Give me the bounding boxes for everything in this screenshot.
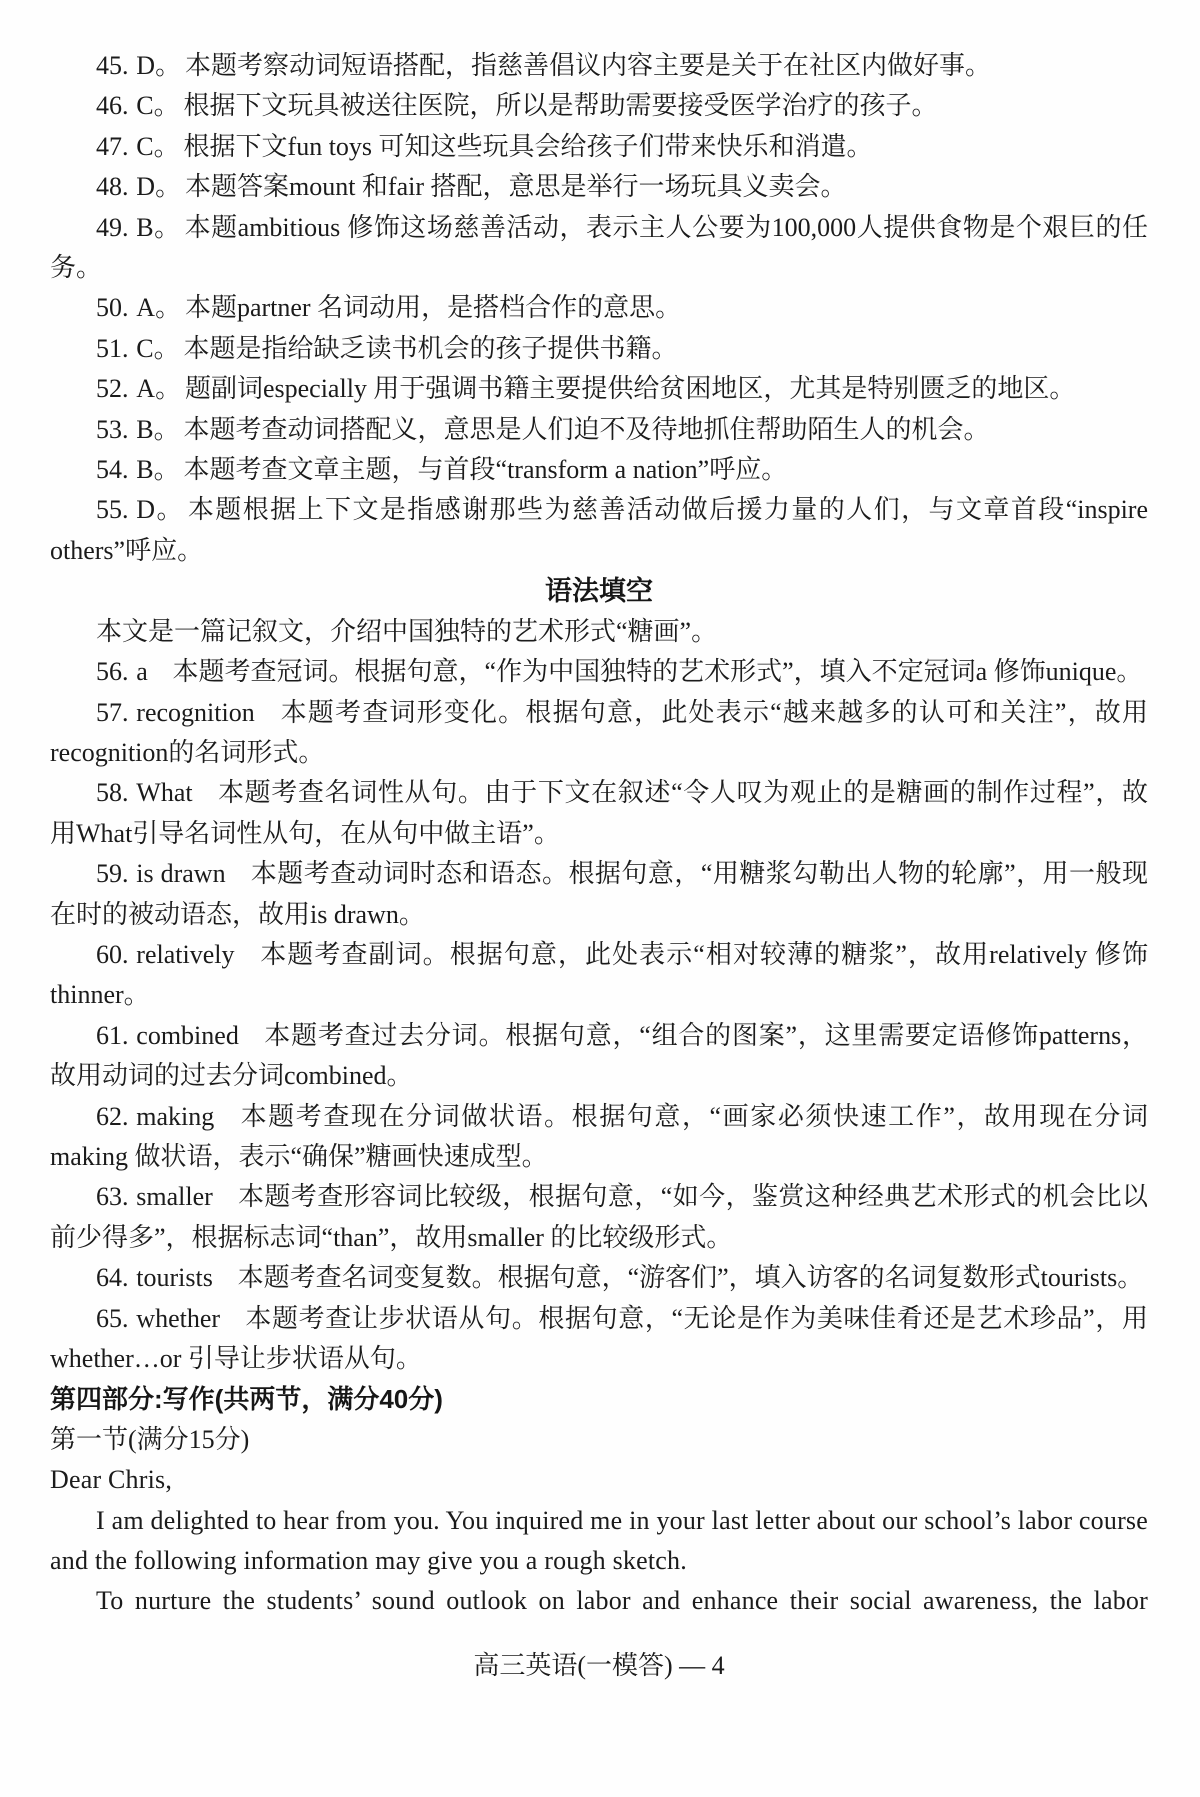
question-number: 62. [96,1102,129,1131]
question-number: 57. [96,698,129,727]
answer-item: 45.D。本题考察动词短语搭配，指慈善倡议内容主要是关于在社区内做好事。 [50,46,1148,86]
question-number: 47. [96,132,129,161]
answer-explanation: 根据下文玩具被送往医院，所以是帮助需要接受医学治疗的孩子。 [184,91,938,120]
answer-item: 48.D。本题答案mount 和fair 搭配，意思是举行一场玩具义卖会。 [50,167,1148,207]
answer-word: a [136,657,148,686]
answer-word: combined [136,1021,239,1050]
answer-letter: C。 [136,132,179,161]
answer-explanation: 本题考查冠词。根据句意，“作为中国独特的艺术形式”，填入不定冠词a 修饰uniq… [173,657,1143,686]
letter-paragraph-2: To nurture the students’ sound outlook o… [50,1581,1148,1621]
question-number: 65. [96,1304,129,1333]
question-number: 55. [96,495,129,524]
answer-explanation: 题副词especially 用于强调书籍主要提供给贫困地区，尤其是特别匮乏的地区… [185,374,1075,403]
grammar-section-heading: 语法填空 [50,571,1148,611]
question-number: 64. [96,1263,129,1292]
question-number: 54. [96,455,129,484]
answer-item: 50.A。本题partner 名词动用，是搭档合作的意思。 [50,288,1148,328]
answer-explanation: 本题考查名词性从句。由于下文在叙述“令人叹为观止的是糖画的制作过程”，故用Wha… [50,778,1148,847]
answer-explanation: 本题partner 名词动用，是搭档合作的意思。 [185,293,681,322]
page-footer: 高三英语(一模答) — 4 [50,1646,1148,1686]
answer-letter: B。 [136,455,179,484]
answer-letter: B。 [136,213,180,242]
grammar-answers-section: 56.a本题考查冠词。根据句意，“作为中国独特的艺术形式”，填入不定冠词a 修饰… [50,652,1148,1379]
answer-letter: D。 [136,51,181,80]
answer-letter: A。 [136,293,181,322]
answer-letter: D。 [136,172,181,201]
answer-explanation: 本题根据上下文是指感谢那些为慈善活动做后援力量的人们，与文章首段“inspire… [50,495,1148,564]
answer-letter: C。 [136,91,179,120]
answer-explanation: 本题是指给缺乏读书机会的孩子提供书籍。 [184,334,678,363]
answer-item: 59.is drawn本题考查动词时态和语态。根据句意，“用糖浆勾勒出人物的轮廓… [50,854,1148,935]
question-number: 51. [96,334,129,363]
answer-letter: B。 [136,415,179,444]
answer-item: 51.C。本题是指给缺乏读书机会的孩子提供书籍。 [50,329,1148,369]
answer-explanation: 本题答案mount 和fair 搭配，意思是举行一场玩具义卖会。 [185,172,847,201]
question-number: 61. [96,1021,129,1050]
answer-explanation: 本题考查形容词比较级，根据句意，“如今，鉴赏这种经典艺术形式的机会比以前少得多”… [50,1182,1148,1251]
answer-explanation: 本题考查动词搭配义，意思是人们迫不及待地抓住帮助陌生人的机会。 [184,415,990,444]
question-number: 63. [96,1182,129,1211]
answer-word: making [136,1102,214,1131]
answer-word: is drawn [136,859,225,888]
answer-letter: A。 [136,374,181,403]
answer-item: 58.What本题考查名词性从句。由于下文在叙述“令人叹为观止的是糖画的制作过程… [50,773,1148,854]
answer-item: 55.D。本题根据上下文是指感谢那些为慈善活动做后援力量的人们，与文章首段“in… [50,490,1148,571]
answer-item: 56.a本题考查冠词。根据句意，“作为中国独特的艺术形式”，填入不定冠词a 修饰… [50,652,1148,692]
question-number: 53. [96,415,129,444]
grammar-intro: 本文是一篇记叙文，介绍中国独特的艺术形式“糖画”。 [50,612,1148,652]
part4-writing-header: 第四部分:写作(共两节，满分40分) [50,1379,1148,1419]
answer-explanation: 本题ambitious 修饰这场慈善活动，表示主人公要为100,000人提供食物… [50,213,1148,282]
question-number: 50. [96,293,129,322]
answer-item: 61.combined本题考查过去分词。根据句意，“组合的图案”，这里需要定语修… [50,1016,1148,1097]
question-number: 58. [96,778,129,807]
answer-word: recognition [136,698,254,727]
question-number: 52. [96,374,129,403]
exam-answer-page: 45.D。本题考察动词短语搭配，指慈善倡议内容主要是关于在社区内做好事。 46.… [0,0,1200,1797]
question-number: 59. [96,859,129,888]
answer-explanation: 本题考察动词短语搭配，指慈善倡议内容主要是关于在社区内做好事。 [185,51,991,80]
answer-item: 52.A。题副词especially 用于强调书籍主要提供给贫困地区，尤其是特别… [50,369,1148,409]
answer-item: 57.recognition本题考查词形变化。根据句意，此处表示“越来越多的认可… [50,693,1148,774]
answer-word: whether [136,1304,220,1333]
answer-explanation: 本题考查名词变复数。根据句意，“游客们”，填入访客的名词复数形式tourists… [238,1263,1144,1292]
question-number: 48. [96,172,129,201]
answer-explanation: 根据下文fun toys 可知这些玩具会给孩子们带来快乐和消遣。 [184,132,873,161]
answer-word: smaller [136,1182,213,1211]
answer-letter: D。 [136,495,184,524]
answer-explanation: 本题考查现在分词做状语。根据句意，“画家必须快速工作”，故用现在分词making… [50,1102,1148,1171]
answer-item: 60.relatively本题考查副词。根据句意，此处表示“相对较薄的糖浆”，故… [50,935,1148,1016]
answer-item: 64.tourists本题考查名词变复数。根据句意，“游客们”，填入访客的名词复… [50,1258,1148,1298]
answer-item: 65.whether本题考查让步状语从句。根据句意，“无论是作为美味佳肴还是艺术… [50,1299,1148,1380]
letter-salutation: Dear Chris, [50,1460,1148,1500]
answer-word: relatively [136,940,234,969]
letter-paragraph-1: I am delighted to hear from you. You inq… [50,1501,1148,1582]
answer-item: 53.B。本题考查动词搭配义，意思是人们迫不及待地抓住帮助陌生人的机会。 [50,410,1148,450]
question-number: 49. [96,213,129,242]
answer-letter: C。 [136,334,179,363]
answer-item: 62.making本题考查现在分词做状语。根据句意，“画家必须快速工作”，故用现… [50,1097,1148,1178]
answer-item: 63.smaller本题考查形容词比较级，根据句意，“如今，鉴赏这种经典艺术形式… [50,1177,1148,1258]
cloze-answers-section: 45.D。本题考察动词短语搭配，指慈善倡议内容主要是关于在社区内做好事。 46.… [50,46,1148,571]
answer-item: 47.C。根据下文fun toys 可知这些玩具会给孩子们带来快乐和消遣。 [50,127,1148,167]
answer-item: 49.B。本题ambitious 修饰这场慈善活动，表示主人公要为100,000… [50,208,1148,289]
answer-item: 46.C。根据下文玩具被送往医院，所以是帮助需要接受医学治疗的孩子。 [50,86,1148,126]
question-number: 46. [96,91,129,120]
answer-item: 54.B。本题考查文章主题，与首段“transform a nation”呼应。 [50,450,1148,490]
question-number: 56. [96,657,129,686]
question-number: 60. [96,940,129,969]
section1-header: 第一节(满分15分) [50,1420,1148,1460]
question-number: 45. [96,51,129,80]
answer-word: What [136,778,192,807]
answer-word: tourists [136,1263,213,1292]
answer-explanation: 本题考查文章主题，与首段“transform a nation”呼应。 [184,455,788,484]
